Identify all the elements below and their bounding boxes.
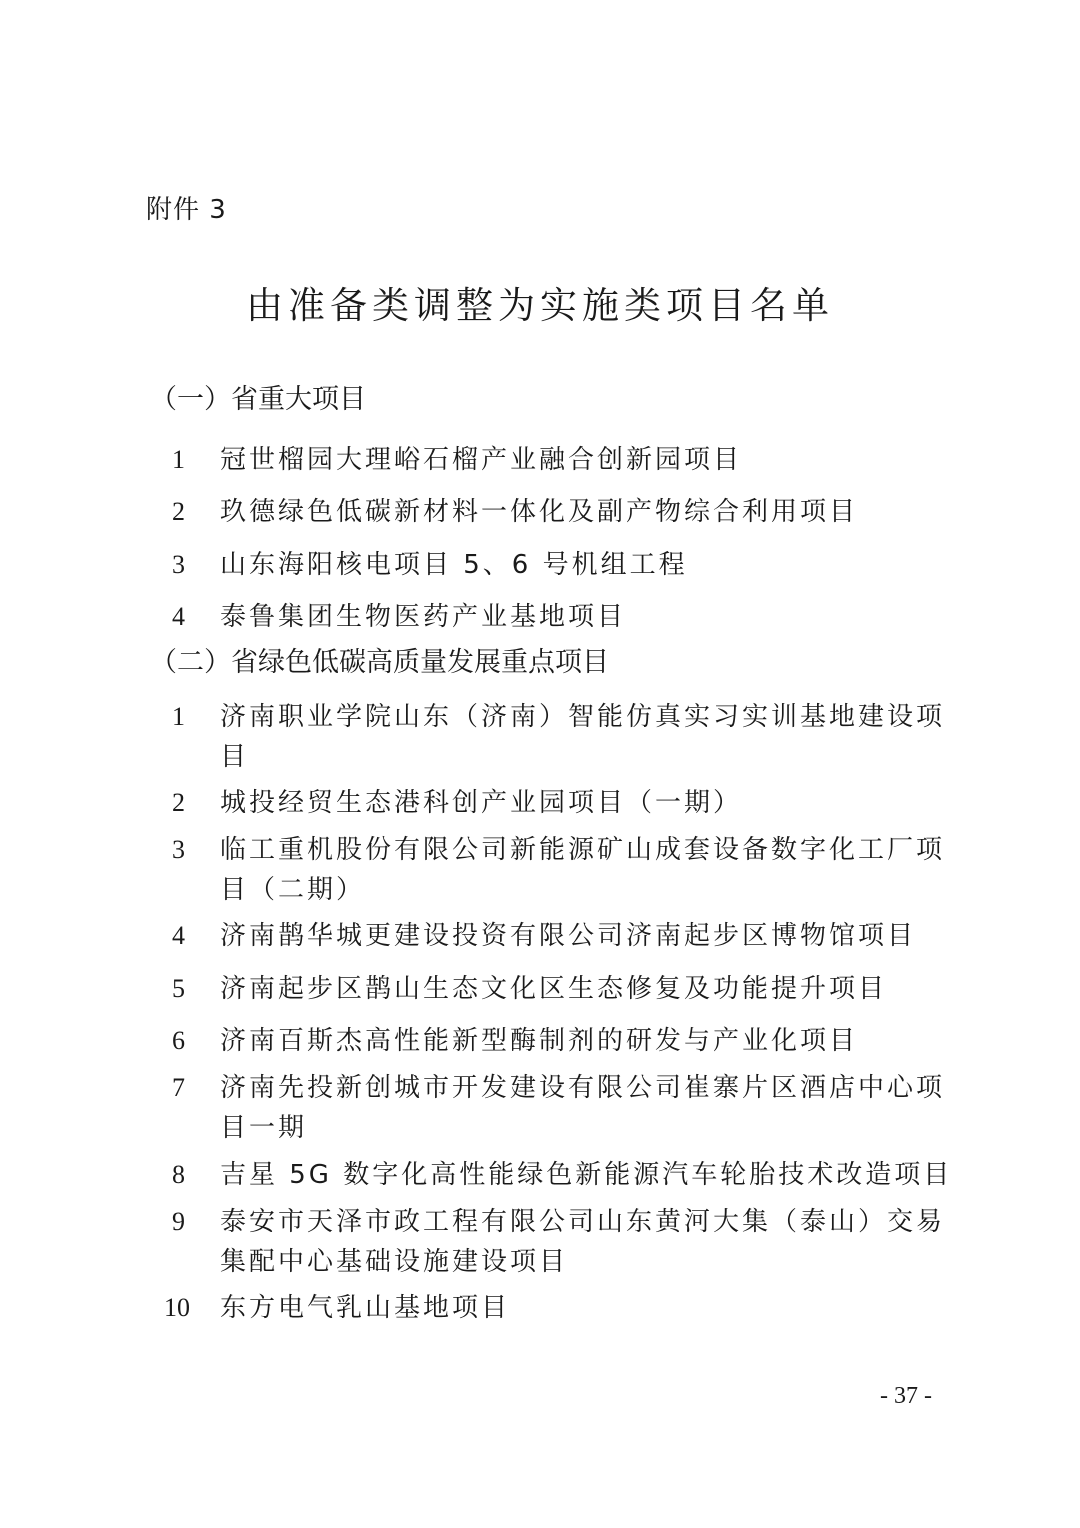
list-item: 5 济南起步区鹊山生态文化区生态修复及功能提升项目 xyxy=(160,969,960,1009)
list-item: 7 济南先投新创城市开发建设有限公司崔寨片区酒店中心项目一期 xyxy=(160,1068,960,1148)
list-item: 1 冠世榴园大理峪石榴产业融合创新园项目 xyxy=(160,440,960,480)
item-text: 济南百斯杰高性能新型酶制剂的研发与产业化项目 xyxy=(220,1021,955,1061)
list-item: 4 泰鲁集团生物医药产业基地项目 xyxy=(160,597,960,637)
item-text: 济南职业学院山东（济南）智能仿真实习实训基地建设项目 xyxy=(220,697,955,777)
item-text: 玖德绿色低碳新材料一体化及副产物综合利用项目 xyxy=(220,492,955,532)
item-number: 8 xyxy=(160,1155,220,1195)
item-text: 城投经贸生态港科创产业园项目（一期） xyxy=(220,783,955,823)
item-text: 泰安市天泽市政工程有限公司山东黄河大集（泰山）交易集配中心基础设施建设项目 xyxy=(220,1202,955,1282)
list-item: 9 泰安市天泽市政工程有限公司山东黄河大集（泰山）交易集配中心基础设施建设项目 xyxy=(160,1202,960,1282)
item-number: 3 xyxy=(160,830,220,910)
item-text: 泰鲁集团生物医药产业基地项目 xyxy=(220,597,955,637)
page-number: - 37 - xyxy=(880,1380,932,1412)
item-text: 临工重机股份有限公司新能源矿山成套设备数字化工厂项目（二期） xyxy=(220,830,955,910)
item-number: 4 xyxy=(160,597,220,637)
section-heading-major-projects: （一）省重大项目 xyxy=(150,380,366,420)
item-number: 7 xyxy=(160,1068,220,1148)
item-text: 山东海阳核电项目 5、6 号机组工程 xyxy=(220,545,955,585)
item-text: 冠世榴园大理峪石榴产业融合创新园项目 xyxy=(220,440,955,480)
list-item: 4 济南鹊华城更建设投资有限公司济南起步区博物馆项目 xyxy=(160,916,960,956)
list-item: 2 城投经贸生态港科创产业园项目（一期） xyxy=(160,783,960,823)
item-text: 吉星 5G 数字化高性能绿色新能源汽车轮胎技术改造项目 xyxy=(220,1155,955,1195)
item-number: 1 xyxy=(160,697,220,777)
list-item: 10 东方电气乳山基地项目 xyxy=(160,1288,960,1328)
attachment-label: 附件 3 xyxy=(146,190,227,230)
list-item: 6 济南百斯杰高性能新型酶制剂的研发与产业化项目 xyxy=(160,1021,960,1061)
item-number: 5 xyxy=(160,969,220,1009)
item-text: 济南起步区鹊山生态文化区生态修复及功能提升项目 xyxy=(220,969,955,1009)
item-text: 济南先投新创城市开发建设有限公司崔寨片区酒店中心项目一期 xyxy=(220,1068,955,1148)
item-number: 9 xyxy=(160,1202,220,1282)
item-number: 2 xyxy=(160,492,220,532)
list-item: 3 临工重机股份有限公司新能源矿山成套设备数字化工厂项目（二期） xyxy=(160,830,960,910)
list-item: 3 山东海阳核电项目 5、6 号机组工程 xyxy=(160,545,960,585)
item-text: 济南鹊华城更建设投资有限公司济南起步区博物馆项目 xyxy=(220,916,955,956)
item-number: 4 xyxy=(160,916,220,956)
item-number: 1 xyxy=(160,440,220,480)
list-item: 8 吉星 5G 数字化高性能绿色新能源汽车轮胎技术改造项目 xyxy=(160,1155,960,1195)
item-text: 东方电气乳山基地项目 xyxy=(220,1288,955,1328)
section-heading-green-low-carbon-projects: （二）省绿色低碳高质量发展重点项目 xyxy=(150,643,609,683)
item-number: 2 xyxy=(160,783,220,823)
item-number: 3 xyxy=(160,545,220,585)
list-item: 2 玖德绿色低碳新材料一体化及副产物综合利用项目 xyxy=(160,492,960,532)
item-number: 6 xyxy=(160,1021,220,1061)
item-number: 10 xyxy=(160,1288,220,1328)
list-item: 1 济南职业学院山东（济南）智能仿真实习实训基地建设项目 xyxy=(160,697,960,777)
document-title: 由准备类调整为实施类项目名单 xyxy=(0,278,1080,334)
